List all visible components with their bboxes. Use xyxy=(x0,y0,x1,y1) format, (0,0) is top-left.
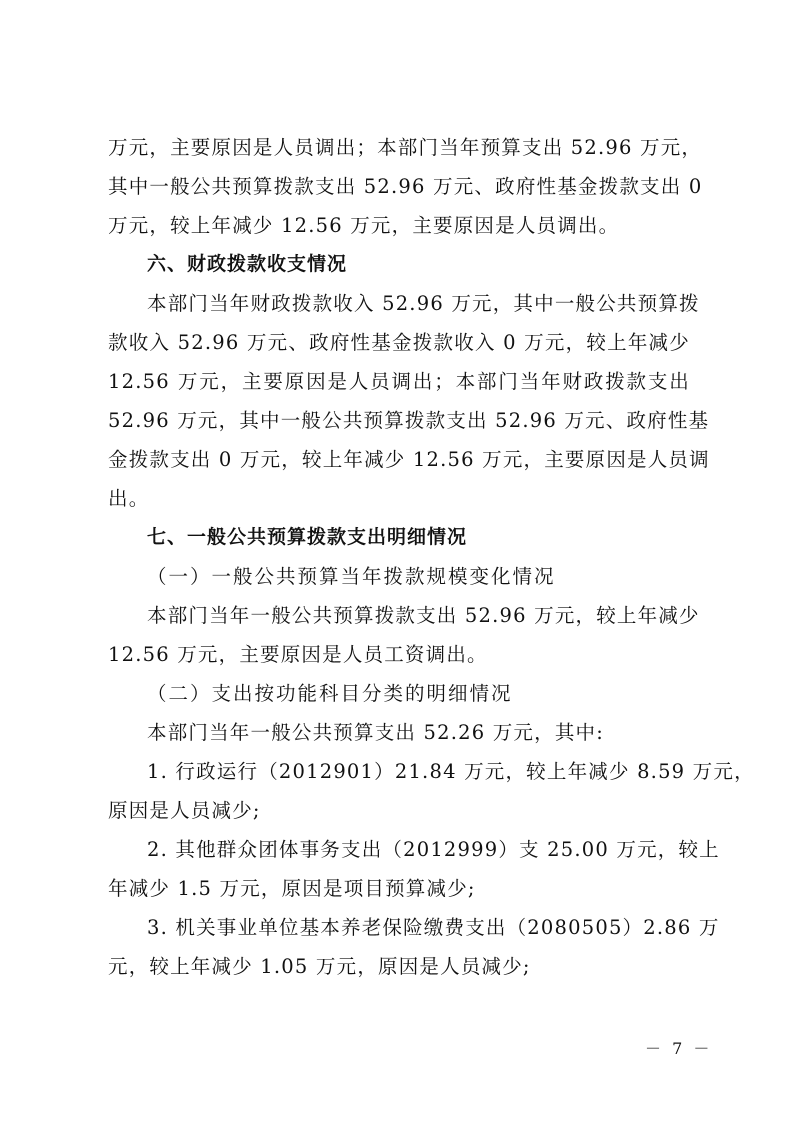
list-item-1: 1. 行政运行（2012901）21.84 万元，较上年减少 8.59 万元， xyxy=(147,752,690,791)
subsection-heading-2: （二）支出按功能科目分类的明细情况 xyxy=(147,674,513,713)
paragraph-line: 52.96 万元，其中一般公共预算拨款支出 52.96 万元、政府性基 xyxy=(108,401,690,440)
list-item-1-cont: 原因是人员减少; xyxy=(108,791,261,830)
page-number: － 7 － xyxy=(645,1036,712,1059)
paragraph-line: 万元，主要原因是人员调出；本部门当年预算支出 52.96 万元， xyxy=(108,128,690,167)
paragraph-line: 万元，较上年减少 12.56 万元，主要原因是人员调出。 xyxy=(108,206,619,245)
paragraph-line: 12.56 万元，主要原因是人员调出；本部门当年财政拨款支出 xyxy=(108,362,690,401)
list-item-3: 3. 机关事业单位基本养老保险缴费支出（2080505）2.86 万 xyxy=(147,908,690,947)
paragraph-line: 本部门当年财政拨款收入 52.96 万元，其中一般公共预算拨 xyxy=(147,284,690,323)
list-item-2-cont: 年减少 1.5 万元，原因是项目预算减少; xyxy=(108,869,476,908)
paragraph-line: 出。 xyxy=(108,479,149,518)
list-item-2: 2. 其他群众团体事务支出（2012999）支 25.00 万元，较上 xyxy=(147,830,690,869)
section-heading-7: 七、一般公共预算拨款支出明细情况 xyxy=(147,518,467,557)
subsection-heading-1: （一）一般公共预算当年拨款规模变化情况 xyxy=(147,557,556,596)
paragraph-line: 款收入 52.96 万元、政府性基金拨款收入 0 万元，较上年减少 xyxy=(108,323,690,362)
list-item-3-cont: 元，较上年减少 1.05 万元，原因是人员减少; xyxy=(108,947,531,986)
paragraph-line: 本部门当年一般公共预算拨款支出 52.96 万元，较上年减少 xyxy=(147,596,690,635)
paragraph-line: 本部门当年一般公共预算支出 52.26 万元，其中: xyxy=(147,713,604,752)
paragraph-line: 金拨款支出 0 万元，较上年减少 12.56 万元，主要原因是人员调 xyxy=(108,440,690,479)
paragraph-line: 12.56 万元，主要原因是人员工资调出。 xyxy=(108,635,488,674)
section-heading-6: 六、财政拨款收支情况 xyxy=(147,245,347,284)
paragraph-line: 其中一般公共预算拨款支出 52.96 万元、政府性基金拨款支出 0 xyxy=(108,167,690,206)
